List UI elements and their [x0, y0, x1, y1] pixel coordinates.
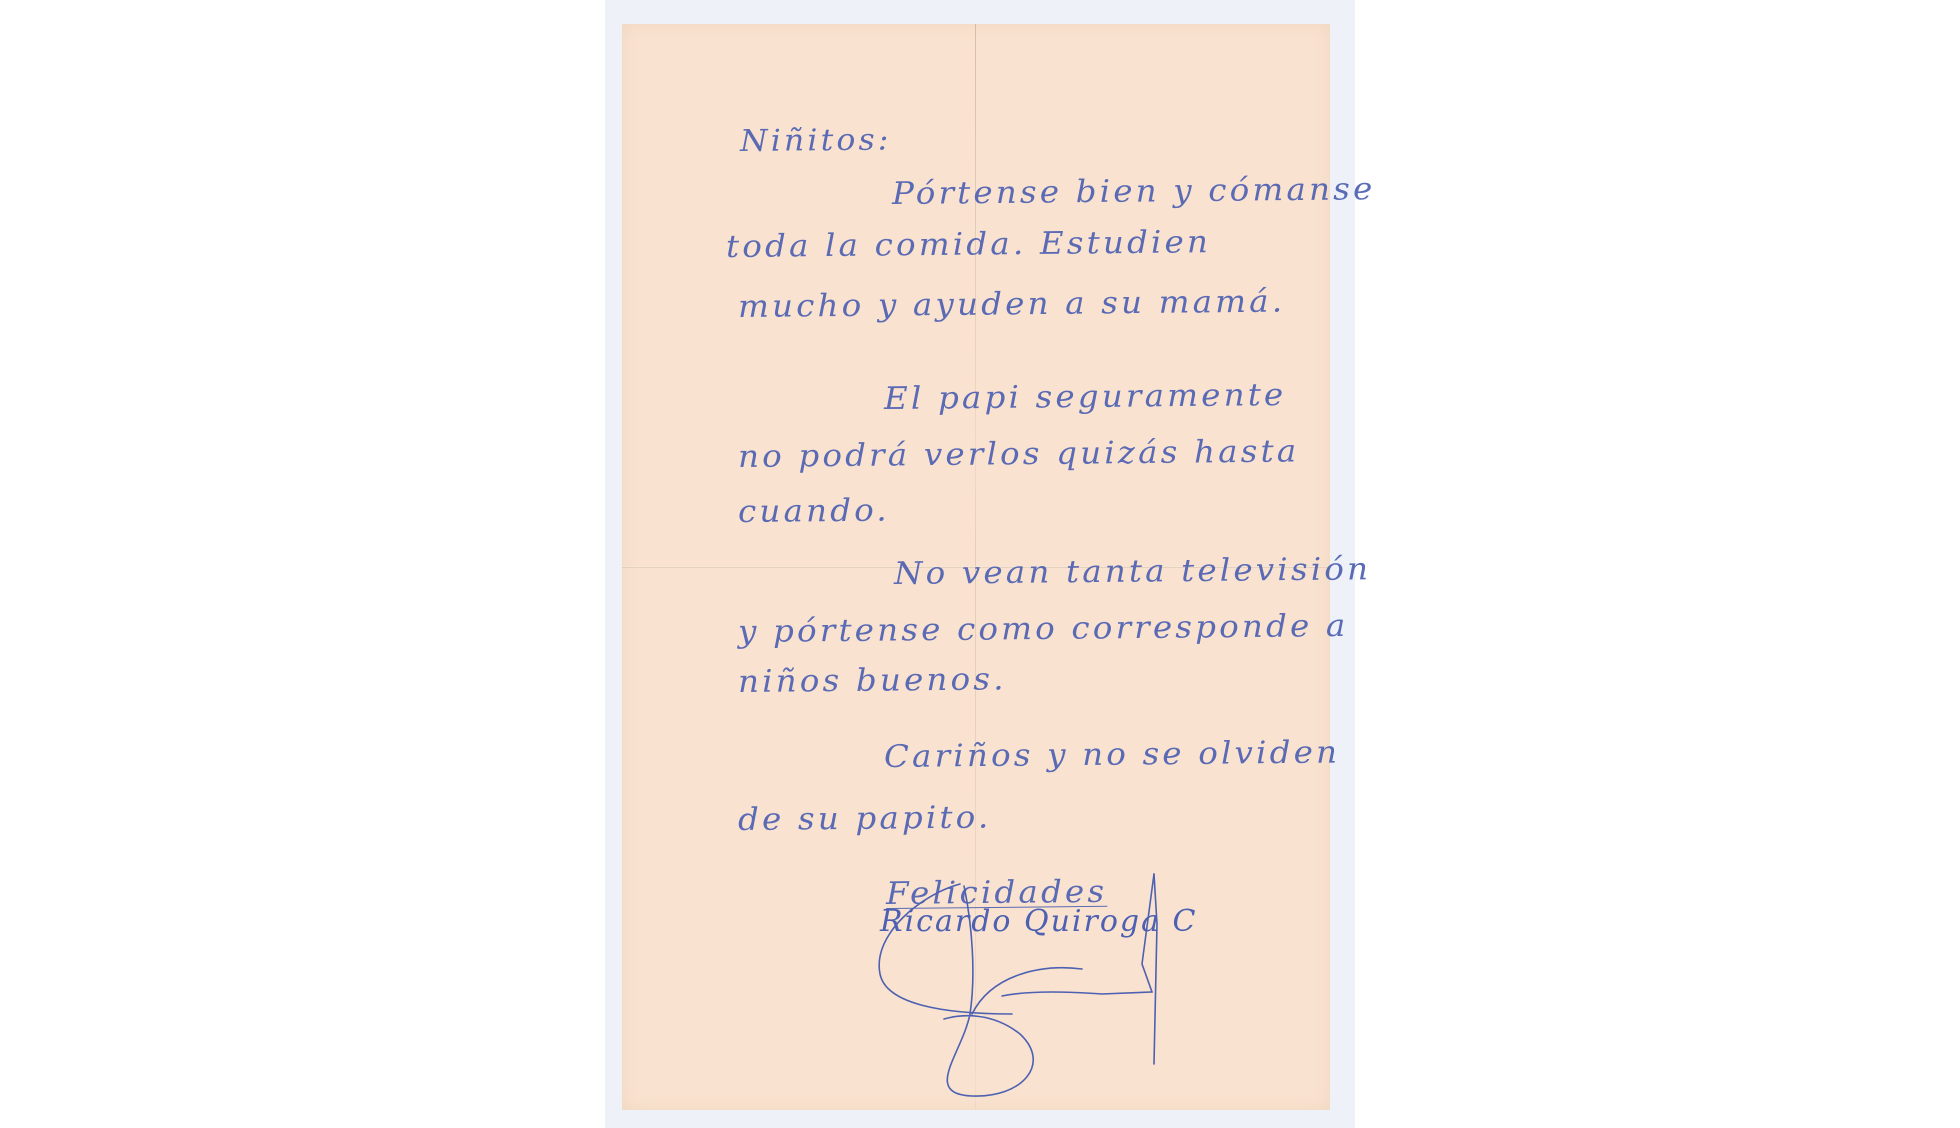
- letter-line: cuando.: [738, 492, 890, 530]
- letter-line: toda la comida. Estudien: [726, 224, 1211, 265]
- letter-line: No vean tanta televisión: [894, 551, 1372, 592]
- salutation: Niñitos:: [740, 122, 892, 159]
- letter-line: mucho y ayuden a su mamá.: [738, 284, 1286, 325]
- letter-line: no podrá verlos quizás hasta: [738, 433, 1300, 475]
- signature: Ricardo Quiroga C: [880, 904, 1198, 939]
- letter-line: y pórtense como corresponde a: [738, 608, 1349, 650]
- letter-paper: Niñitos: Pórtense bien y cómanse toda la…: [622, 24, 1330, 1110]
- letter-line: niños buenos.: [738, 661, 1007, 700]
- letter-line: Pórtense bien y cómanse: [892, 171, 1376, 212]
- letter-line: Cariños y no se olviden: [884, 734, 1341, 775]
- letter-line: de su papito.: [738, 799, 992, 838]
- letter-line: El papi seguramente: [884, 377, 1287, 417]
